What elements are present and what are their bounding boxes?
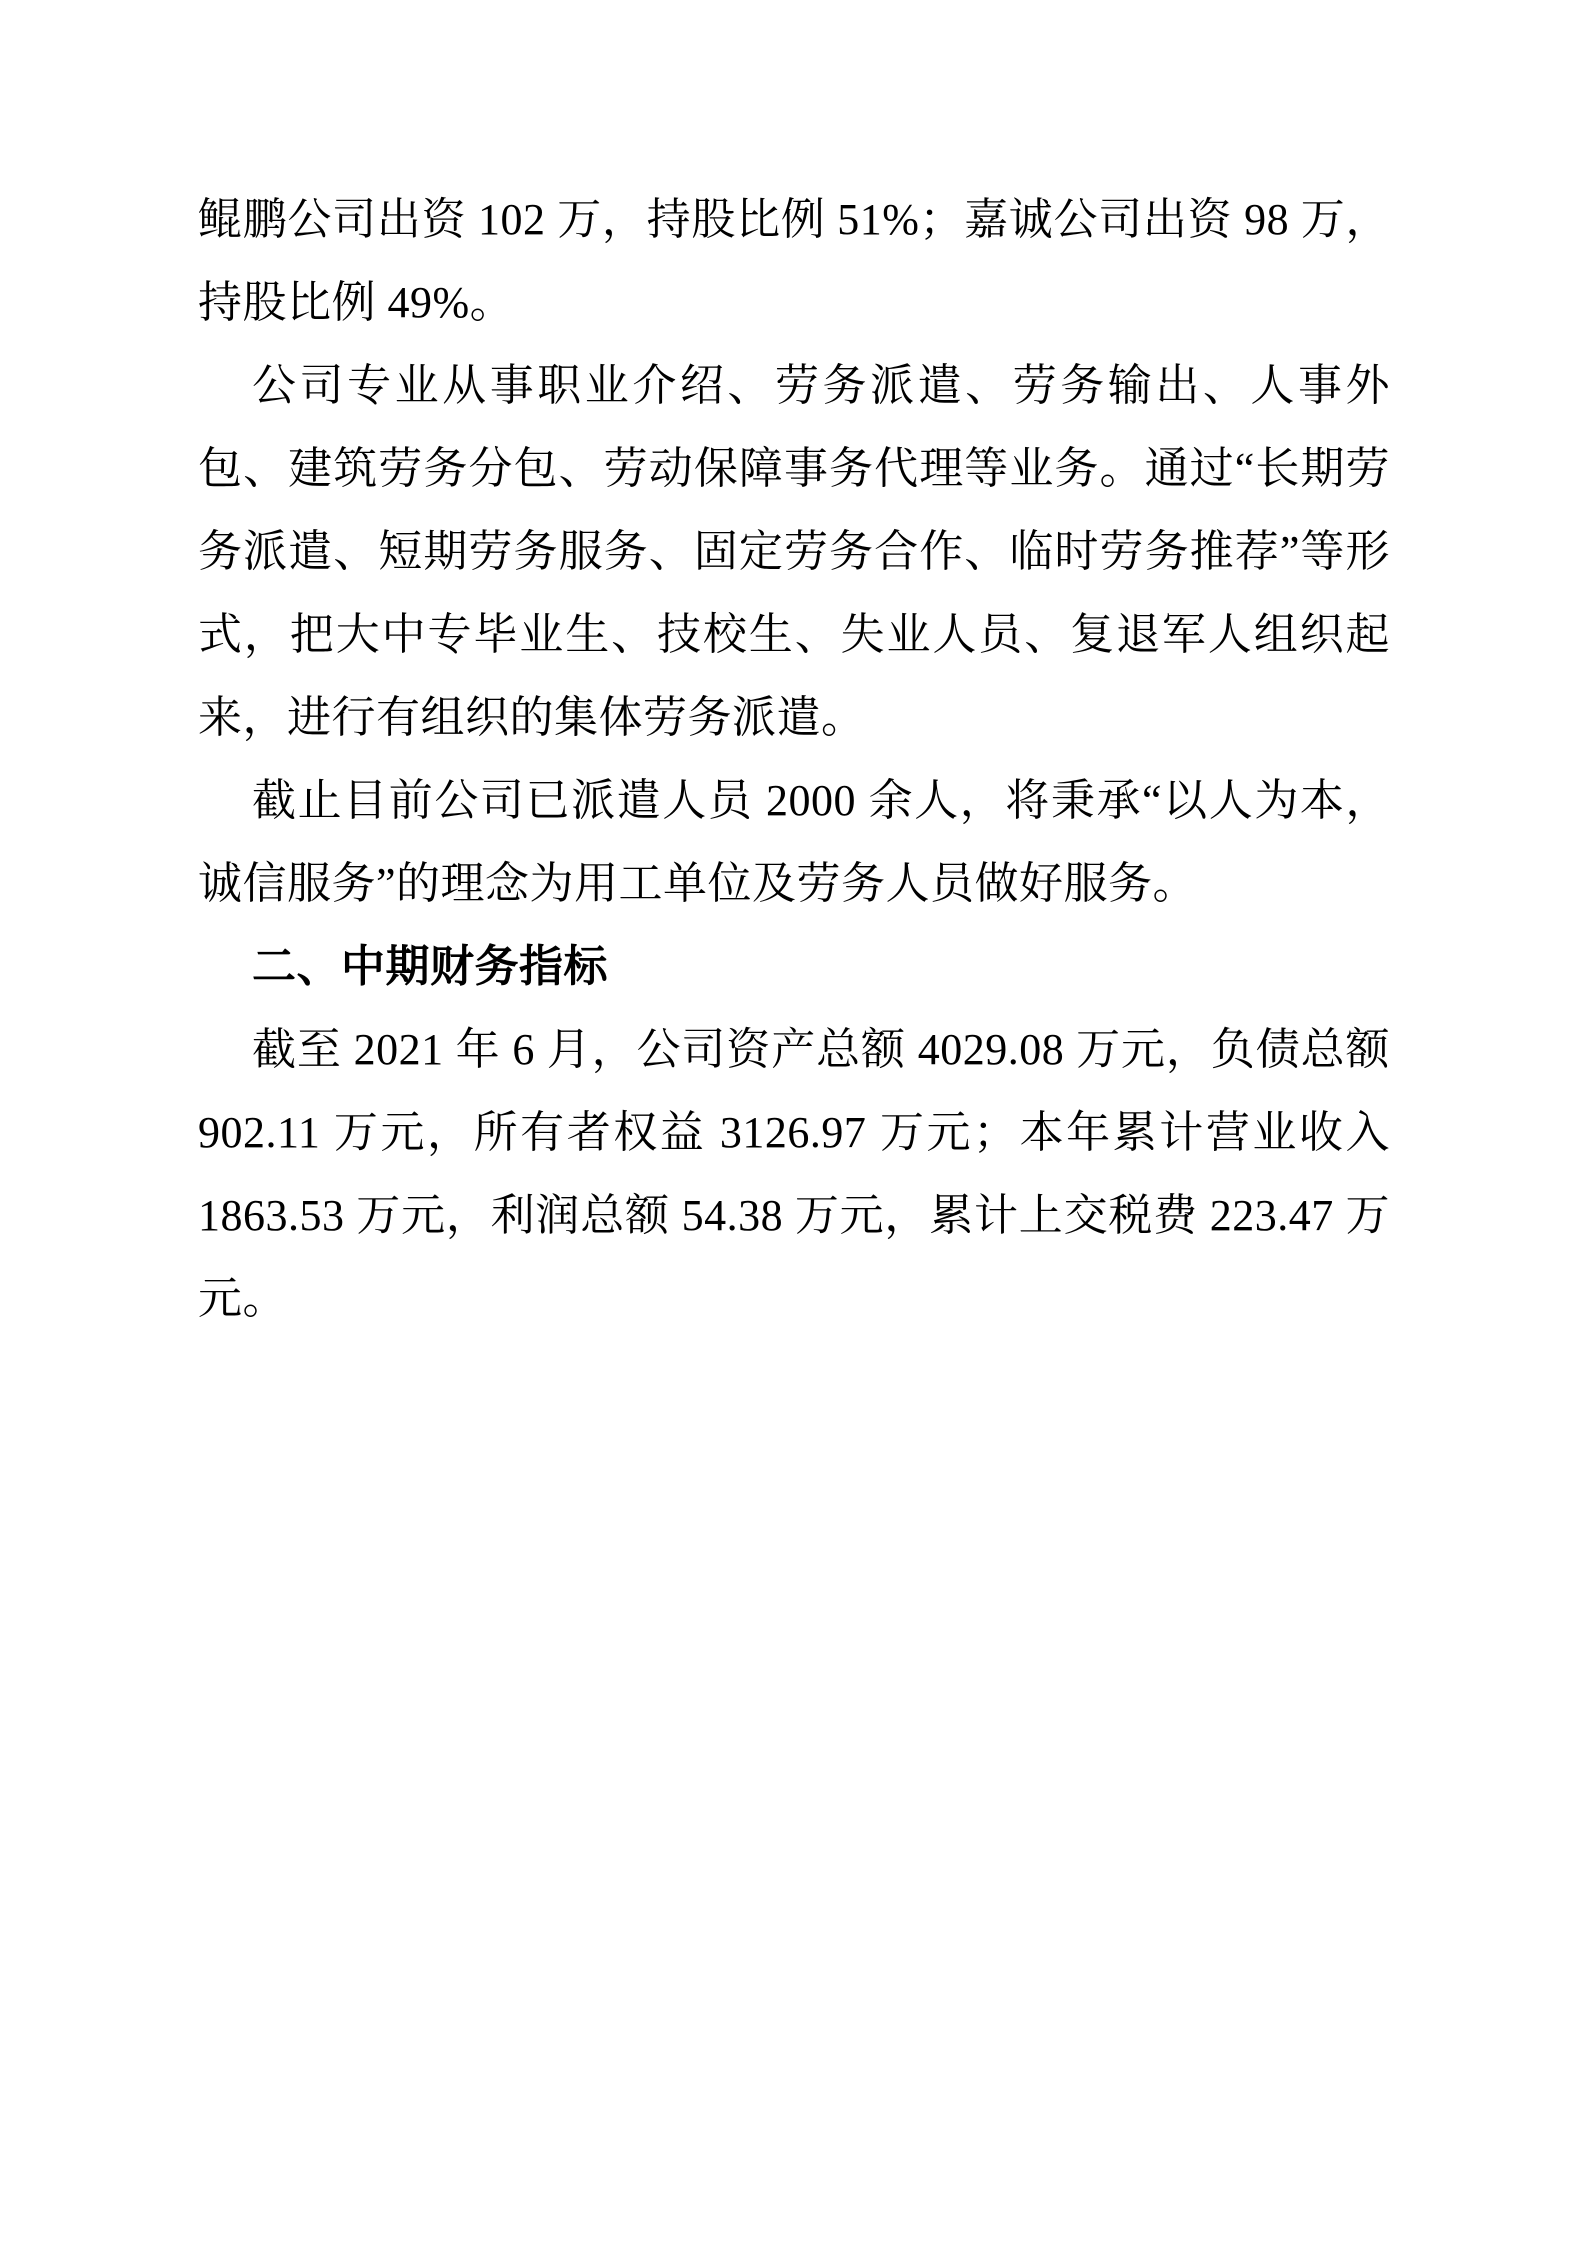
document-page: 鲲鹏公司出资 102 万，持股比例 51%；嘉诚公司出资 98 万，持股比例 4…	[0, 0, 1587, 2245]
section-heading-interim-financial-indicators: 二、中期财务指标	[198, 925, 1390, 1008]
paragraph-equity-shares: 鲲鹏公司出资 102 万，持股比例 51%；嘉诚公司出资 98 万，持股比例 4…	[198, 178, 1390, 344]
document-text-area: 鲲鹏公司出资 102 万，持股比例 51%；嘉诚公司出资 98 万，持股比例 4…	[198, 178, 1390, 1340]
paragraph-business-scope: 公司专业从事职业介绍、劳务派遣、劳务输出、人事外包、建筑劳务分包、劳动保障事务代…	[198, 344, 1390, 759]
paragraph-financial-figures: 截至 2021 年 6 月，公司资产总额 4029.08 万元，负债总额 902…	[198, 1008, 1390, 1340]
paragraph-dispatched-staff: 截止目前公司已派遣人员 2000 余人，将秉承“以人为本，诚信服务”的理念为用工…	[198, 759, 1390, 925]
